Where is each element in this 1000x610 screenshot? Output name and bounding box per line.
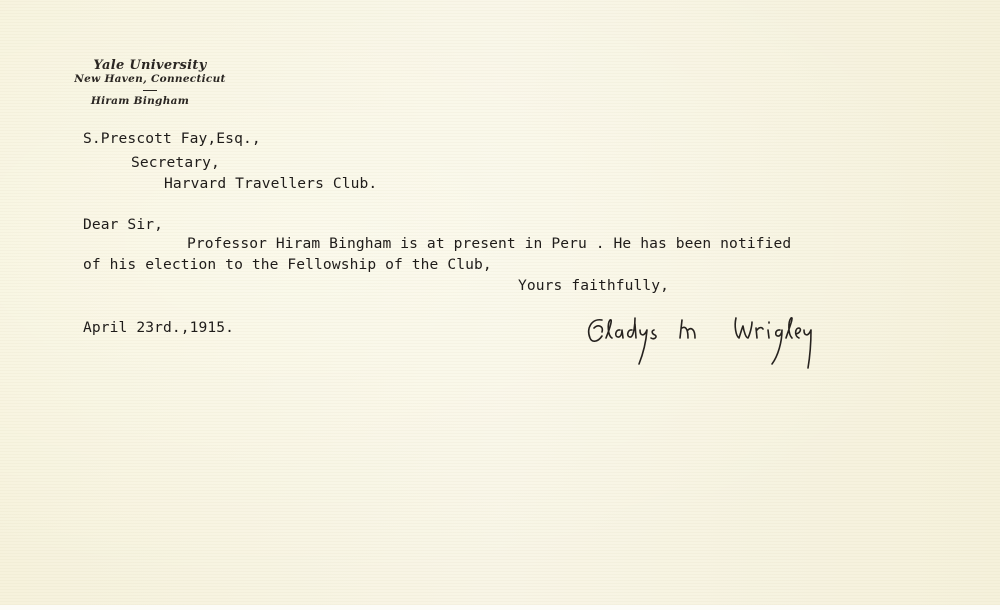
recipient-name: S.Prescott Fay,Esq., [83,130,261,148]
scan-edge [0,605,1000,610]
body-line-1: Professor Hiram Bingham is at present in… [187,235,791,253]
letterhead-location: New Haven, Connecticut [55,73,245,86]
closing: Yours faithfully, [518,277,669,295]
letterhead-institution: Yale University [55,58,245,73]
salutation: Dear Sir, [83,216,163,234]
signature-icon [580,310,850,375]
date: April 23rd.,1915. [83,319,234,337]
recipient-organization: Harvard Travellers Club. [164,175,377,193]
letterhead: Yale University New Haven, Connecticut H… [55,58,245,108]
handwritten-signature: Gladys M. Wrigley [580,310,850,375]
letterhead-name: Hiram Bingham [45,95,235,108]
recipient-title: Secretary, [131,154,220,172]
letterhead-divider [143,90,157,91]
body-line-2: of his election to the Fellowship of the… [83,256,492,274]
